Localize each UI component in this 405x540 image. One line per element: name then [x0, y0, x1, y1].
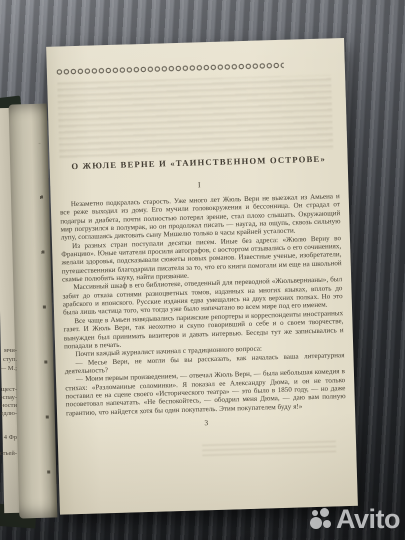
show-through-text — [202, 440, 336, 457]
page-number: 3 — [66, 414, 346, 431]
left-page-text-fragment: 4 Фр — [4, 434, 17, 441]
left-page-text-fragment: мчи- — [4, 347, 17, 354]
left-page-text-fragment: ности — [1, 402, 17, 409]
avito-watermark: Avito — [310, 506, 400, 533]
section-numeral: I — [59, 176, 339, 193]
left-page-text-fragment: едлю- — [1, 410, 17, 417]
left-page-text-fragment: ступ. — [3, 356, 17, 363]
chapter-title: О ЖЮЛЕ ВЕРНЕ И «ТАИНСТВЕННОМ ОСТРОВЕ» — [59, 153, 339, 171]
left-page-text-fragment: щест- — [1, 386, 17, 393]
book-page: О ЖЮЛЕ ВЕРНЕ И «ТАИНСТВЕННОМ ОСТРОВЕ» I … — [46, 38, 358, 515]
body-paragraph: — Моим первым произведением, — отвечал Ж… — [65, 367, 346, 417]
left-page-text-fragment: стьей- — [0, 450, 17, 457]
avito-wordmark: Avito — [336, 506, 400, 533]
show-through-text — [57, 74, 333, 158]
avito-logo-icon — [310, 508, 333, 531]
book-listing-photo: мчи- ступ. — М.; щест- оспау- ности едлю… — [0, 0, 405, 540]
chain-ornament-icon — [56, 62, 284, 76]
body-text: Незаметно подкралась старость. Уже много… — [60, 192, 346, 417]
left-page-text-fragment: оспау- — [0, 394, 17, 401]
left-page-text-fragment: — М.; — [0, 365, 17, 372]
